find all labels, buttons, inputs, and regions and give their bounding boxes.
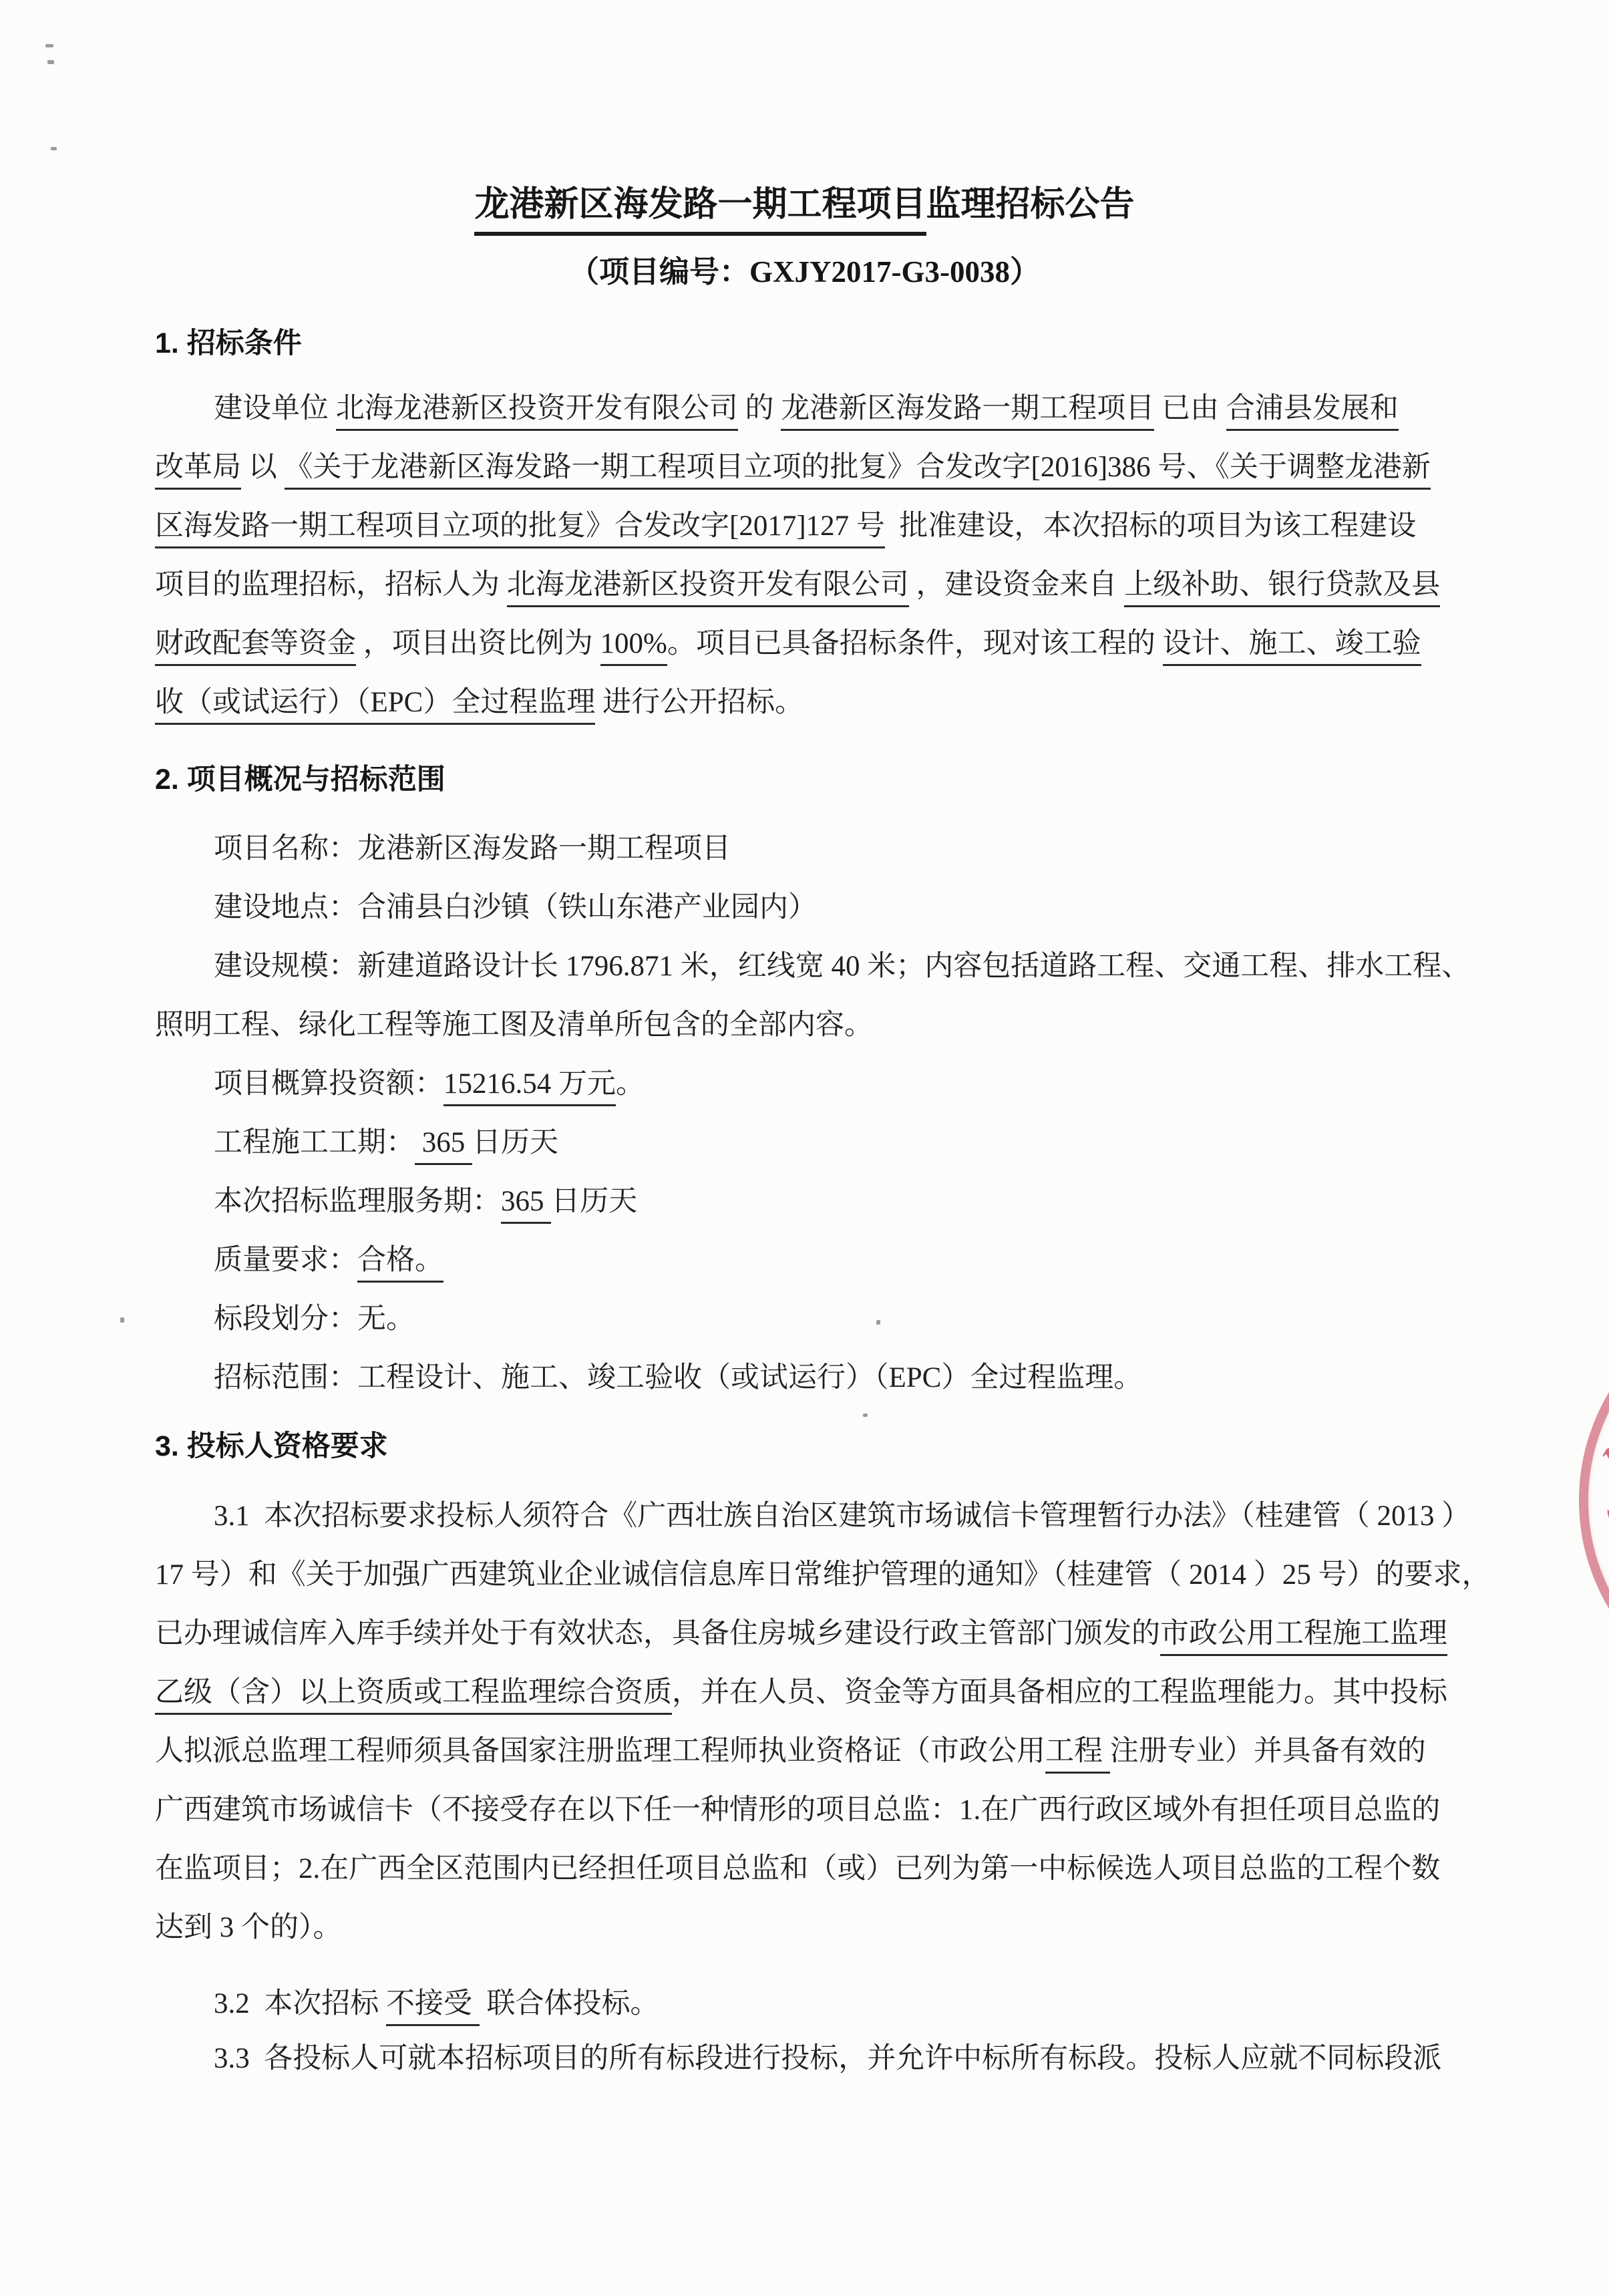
para-line: 已办理诚信库入库手续并处于有效状态，具备住房城乡建设行政主管部门颁发的市政公用工… — [155, 1614, 1447, 1654]
text-run: 的 — [738, 393, 781, 424]
project-number: （项目编号：GXJY2017-G3-0038） — [0, 247, 1609, 291]
section-3-heading: 3. 投标人资格要求 — [155, 1426, 388, 1466]
project-name: 龙港新区海发路一期工程项目 — [781, 393, 1154, 431]
text-run: 已办理诚信库入库手续并处于有效状态，具备住房城乡建设行政主管部门颁发的 — [155, 1618, 1160, 1649]
text-run: 本次招标监理服务期： — [214, 1186, 501, 1217]
ownership-ratio: 100% — [600, 628, 667, 666]
scan-speck — [47, 60, 54, 64]
supervision-period-line: 本次招标监理服务期：365 日历天 — [155, 1182, 637, 1222]
scan-speck — [51, 147, 57, 150]
text-run: 联合体投标。 — [480, 1988, 659, 2019]
text-run: 日历天 — [472, 1127, 558, 1158]
para-line: 3.1 本次招标要求投标人须符合《广西壮族自治区建筑市场诚信卡管理暂行办法》（桂… — [155, 1496, 1470, 1536]
funding-source-part1: 上级补助、银行贷款及县 — [1124, 569, 1440, 607]
page-title-project-name: 龙港新区海发路一期工程项目 — [474, 186, 926, 236]
construction-period-line: 工程施工工期： 365 日历天 — [155, 1123, 558, 1163]
text-run: 以 — [241, 452, 285, 483]
quality-requirement-value: 合格。 — [357, 1245, 443, 1283]
tenderee-name: 北海龙港新区投资开发有限公司 — [507, 569, 909, 607]
registration-major: 工程 — [1045, 1736, 1110, 1774]
approval-authority-part1: 合浦县发展和 — [1226, 393, 1399, 431]
page-title-suffix: 监理招标公告 — [926, 186, 1135, 224]
text-run: 。项目已具备招标条件，现对该工程的 — [667, 628, 1163, 659]
stamp-text-fragment: ( — [1597, 1506, 1609, 1534]
text-run: 工程施工工期： — [214, 1127, 415, 1158]
qualification-requirement-part2: 乙级（含）以上资质或工程监理综合资质 — [155, 1677, 672, 1715]
para-line: 乙级（含）以上资质或工程监理综合资质，并在人员、资金等方面具备相应的工程监理能力… — [155, 1673, 1447, 1713]
para-line: 3.3 各投标人可就本招标项目的所有标段进行投标，并允许中标所有标段。投标人应就… — [155, 2039, 1441, 2079]
text-run: 质量要求： — [214, 1245, 357, 1276]
tender-scope-part1: 设计、施工、竣工验 — [1163, 628, 1421, 666]
page-title: 龙港新区海发路一期工程项目监理招标公告 — [0, 176, 1609, 226]
quality-requirement-line: 质量要求：合格。 — [155, 1241, 443, 1281]
project-scale-line2: 照明工程、绿化工程等施工图及清单所包含的全部内容。 — [155, 1005, 873, 1045]
qualification-requirement-part1: 市政公用工程施工监理 — [1160, 1618, 1447, 1656]
text-run: ，并在人员、资金等方面具备相应的工程监理能力。其中投标 — [672, 1677, 1447, 1708]
stamp-text-fragment: 1 — [1595, 1438, 1609, 1481]
document-page: 龙港新区海发路一期工程项目监理招标公告 （项目编号：GXJY2017-G3-00… — [0, 0, 1609, 2296]
para-line: 达到 3 个的）。 — [155, 1908, 342, 1948]
para-line: 广西建筑市场诚信卡（不接受存在以下任一种情形的项目总监：1.在广西行政区域外有担… — [155, 1790, 1440, 1830]
text-run: 。 — [616, 1068, 645, 1100]
text-run: 建设单位 — [214, 393, 336, 424]
project-scale-line1: 建设规模：新建道路设计长 1796.871 米，红线宽 40 米；内容包括道路工… — [155, 947, 1470, 987]
funding-source-part2: 财政配套等资金 — [155, 628, 356, 666]
consortium-line: 3.2 本次招标 不接受 联合体投标。 — [155, 1984, 659, 2024]
scan-speck — [876, 1320, 880, 1325]
investment-amount: 15216.54 万元 — [443, 1068, 616, 1106]
section-1-heading: 1. 招标条件 — [155, 323, 302, 363]
para-line: 人拟派总监理工程师须具备国家注册监理工程师执业资格证（市政公用工程 注册专业）并… — [155, 1732, 1426, 1772]
para-line: 建设单位 北海龙港新区投资开发有限公司 的 龙港新区海发路一期工程项目 已由 合… — [155, 389, 1399, 429]
text-run: 项目概算投资额： — [214, 1068, 443, 1100]
text-run: 人拟派总监理工程师须具备国家注册监理工程师执业资格证（市政公用 — [155, 1736, 1045, 1767]
tender-range-line: 招标范围：工程设计、施工、竣工验收（或试运行）（EPC）全过程监理。 — [155, 1358, 1142, 1398]
para-line: 收（或试运行）（EPC）全过程监理 进行公开招标。 — [155, 683, 803, 723]
construction-period-days: 365 — [415, 1127, 472, 1165]
lot-division-line: 标段划分：无。 — [155, 1299, 415, 1339]
approval-document-1: 《关于龙港新区海发路一期工程项目立项的批复》合发改字[2016]386 号、《关… — [285, 452, 1431, 490]
text-run: 日历天 — [551, 1186, 637, 1217]
text-run: 项目的监理招标，招标人为 — [155, 569, 507, 601]
tender-scope-part2: 收（或试运行）（EPC）全过程监理 — [155, 687, 595, 725]
para-line: 改革局 以 《关于龙港新区海发路一期工程项目立项的批复》合发改字[2016]38… — [155, 448, 1431, 488]
section-2-heading: 2. 项目概况与招标范围 — [155, 760, 445, 800]
investment-line: 项目概算投资额：15216.54 万元。 — [155, 1064, 645, 1104]
text-run: 进行公开招标。 — [595, 687, 803, 718]
scan-speck — [863, 1414, 868, 1417]
text-run: 注册专业）并具备有效的 — [1110, 1736, 1426, 1767]
para-line: 17 号）和《关于加强广西建筑业企业诚信信息库日常维护管理的通知》（桂建管（ 2… — [155, 1555, 1491, 1595]
builder-name: 北海龙港新区投资开发有限公司 — [336, 393, 738, 431]
text-run: 已由 — [1154, 393, 1226, 424]
approval-authority-part2: 改革局 — [155, 452, 241, 490]
para-line: 财政配套等资金 ，项目出资比例为 100%。项目已具备招标条件，现对该工程的 设… — [155, 624, 1421, 664]
text-run: 3.2 本次招标 — [214, 1988, 386, 2019]
project-location-line: 建设地点：合浦县白沙镇（铁山东港产业园内） — [155, 888, 817, 928]
scan-speck — [45, 44, 53, 47]
scan-speck — [120, 1317, 124, 1323]
para-line: 项目的监理招标，招标人为 北海龙港新区投资开发有限公司 ，建设资金来自 上级补助… — [155, 565, 1440, 605]
text-run: ，建设资金来自 — [909, 569, 1125, 601]
text-run: 批准建设，本次招标的项目为该工程建设 — [885, 510, 1417, 542]
para-line: 区海发路一期工程项目立项的批复》合发改字[2017]127 号 批准建设，本次招… — [155, 506, 1416, 546]
consortium-acceptance: 不接受 — [386, 1988, 480, 2026]
red-seal-stamp: 1( — [1579, 1291, 1609, 1710]
approval-document-2: 区海发路一期工程项目立项的批复》合发改字[2017]127 号 — [155, 510, 885, 548]
para-line: 在监项目；2.在广西全区范围内已经担任项目总监和（或）已列为第一中标候选人项目总… — [155, 1849, 1440, 1889]
text-run: ，项目出资比例为 — [356, 628, 600, 659]
supervision-period-days: 365 — [501, 1186, 551, 1224]
project-name-line: 项目名称：龙港新区海发路一期工程项目 — [155, 829, 731, 869]
